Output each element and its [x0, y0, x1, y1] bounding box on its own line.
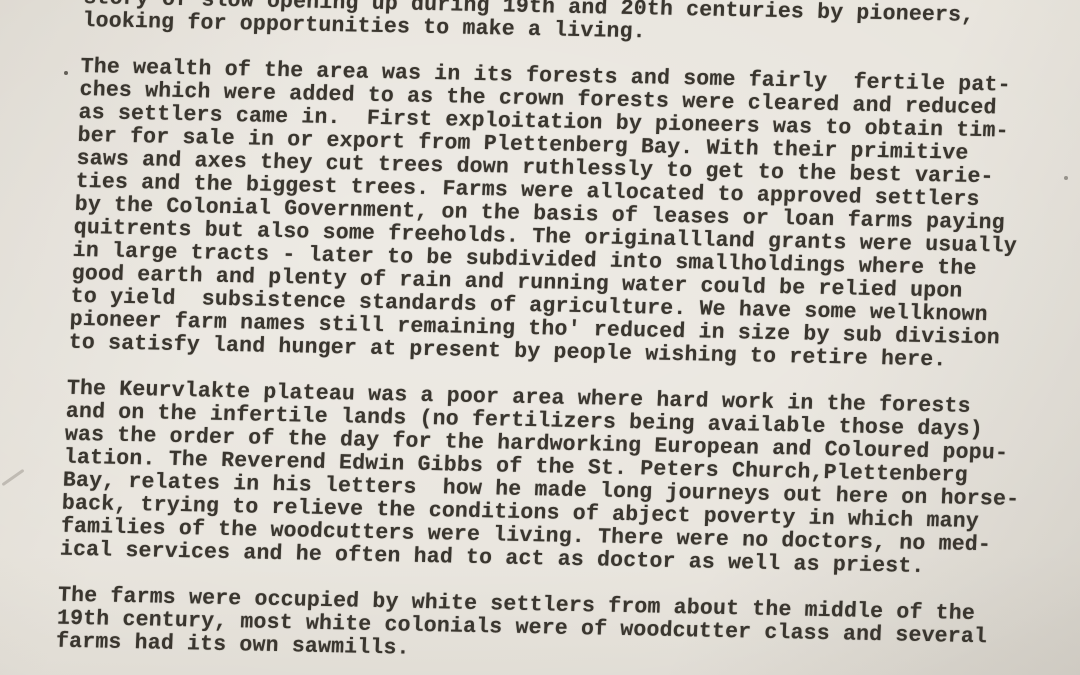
pencil-smudge	[1, 469, 24, 486]
paragraph: story of slow opening up during 19th and…	[82, 0, 1064, 53]
ink-speck	[1064, 176, 1068, 180]
paper-page: story of slow opening up during 19th and…	[0, 0, 1080, 675]
typewritten-text: story of slow opening up during 19th and…	[55, 0, 1063, 673]
paragraph: The wealth of the area was in its forest…	[68, 56, 1061, 374]
paragraph: The Keurvlakte plateau was a poor area w…	[59, 378, 1047, 582]
paragraph: The farms were occupied by white settler…	[55, 585, 1038, 674]
ink-speck	[64, 71, 68, 75]
